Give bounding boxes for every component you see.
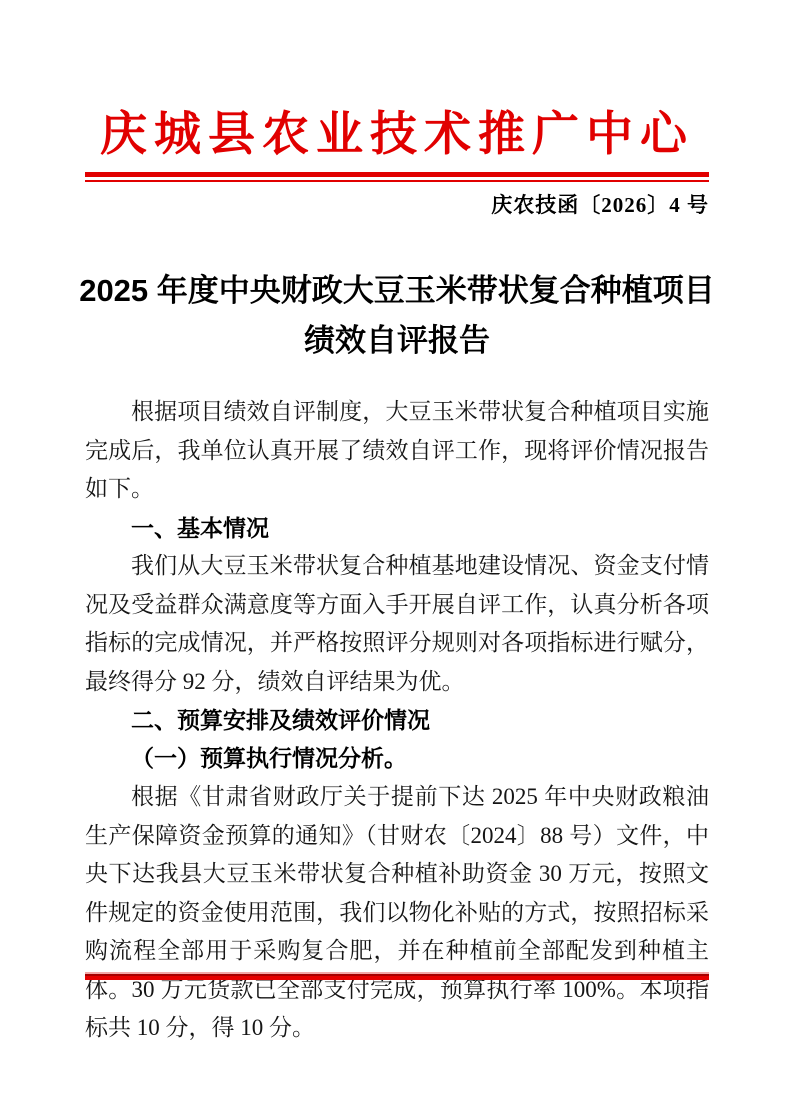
heading-section-2-budget-and-evaluation: 二、预算安排及绩效评价情况 xyxy=(85,701,709,740)
letterhead-separator-line xyxy=(85,172,709,182)
footer-separator-line xyxy=(85,972,709,980)
footer-separator-bright-line xyxy=(85,976,709,980)
paragraph-budget-execution: 根据《甘肃省财政厅关于提前下达 2025 年中央财政粮油生产保障资金预算的通知》… xyxy=(85,778,709,1048)
letterhead-separator-thin-line xyxy=(85,180,709,182)
document-page: 庆城县农业技术推广中心 庆农技函〔2026〕4 号 2025 年度中央财政大豆玉… xyxy=(0,0,794,1108)
heading-section-2-1-budget-execution-analysis: （一）预算执行情况分析。 xyxy=(85,740,709,779)
heading-section-1-basic-situation: 一、基本情况 xyxy=(85,509,709,548)
letterhead-org-name: 庆城县农业技术推广中心 xyxy=(0,97,794,164)
document-body: 根据项目绩效自评制度，大豆玉米带状复合种植项目实施完成后，我单位认真开展了绩效自… xyxy=(85,393,709,1048)
paragraph-intro: 根据项目绩效自评制度，大豆玉米带状复合种植项目实施完成后，我单位认真开展了绩效自… xyxy=(85,393,709,509)
paragraph-basic-situation: 我们从大豆玉米带状复合种植基地建设情况、资金支付情况及受益群众满意度等方面入手开… xyxy=(85,547,709,701)
document-number: 庆农技函〔2026〕4 号 xyxy=(85,192,709,218)
document-title-line2: 绩效自评报告 xyxy=(42,316,752,366)
document-title: 2025 年度中央财政大豆玉米带状复合种植项目 绩效自评报告 xyxy=(42,266,752,366)
document-title-line1: 2025 年度中央财政大豆玉米带状复合种植项目 xyxy=(42,266,752,316)
